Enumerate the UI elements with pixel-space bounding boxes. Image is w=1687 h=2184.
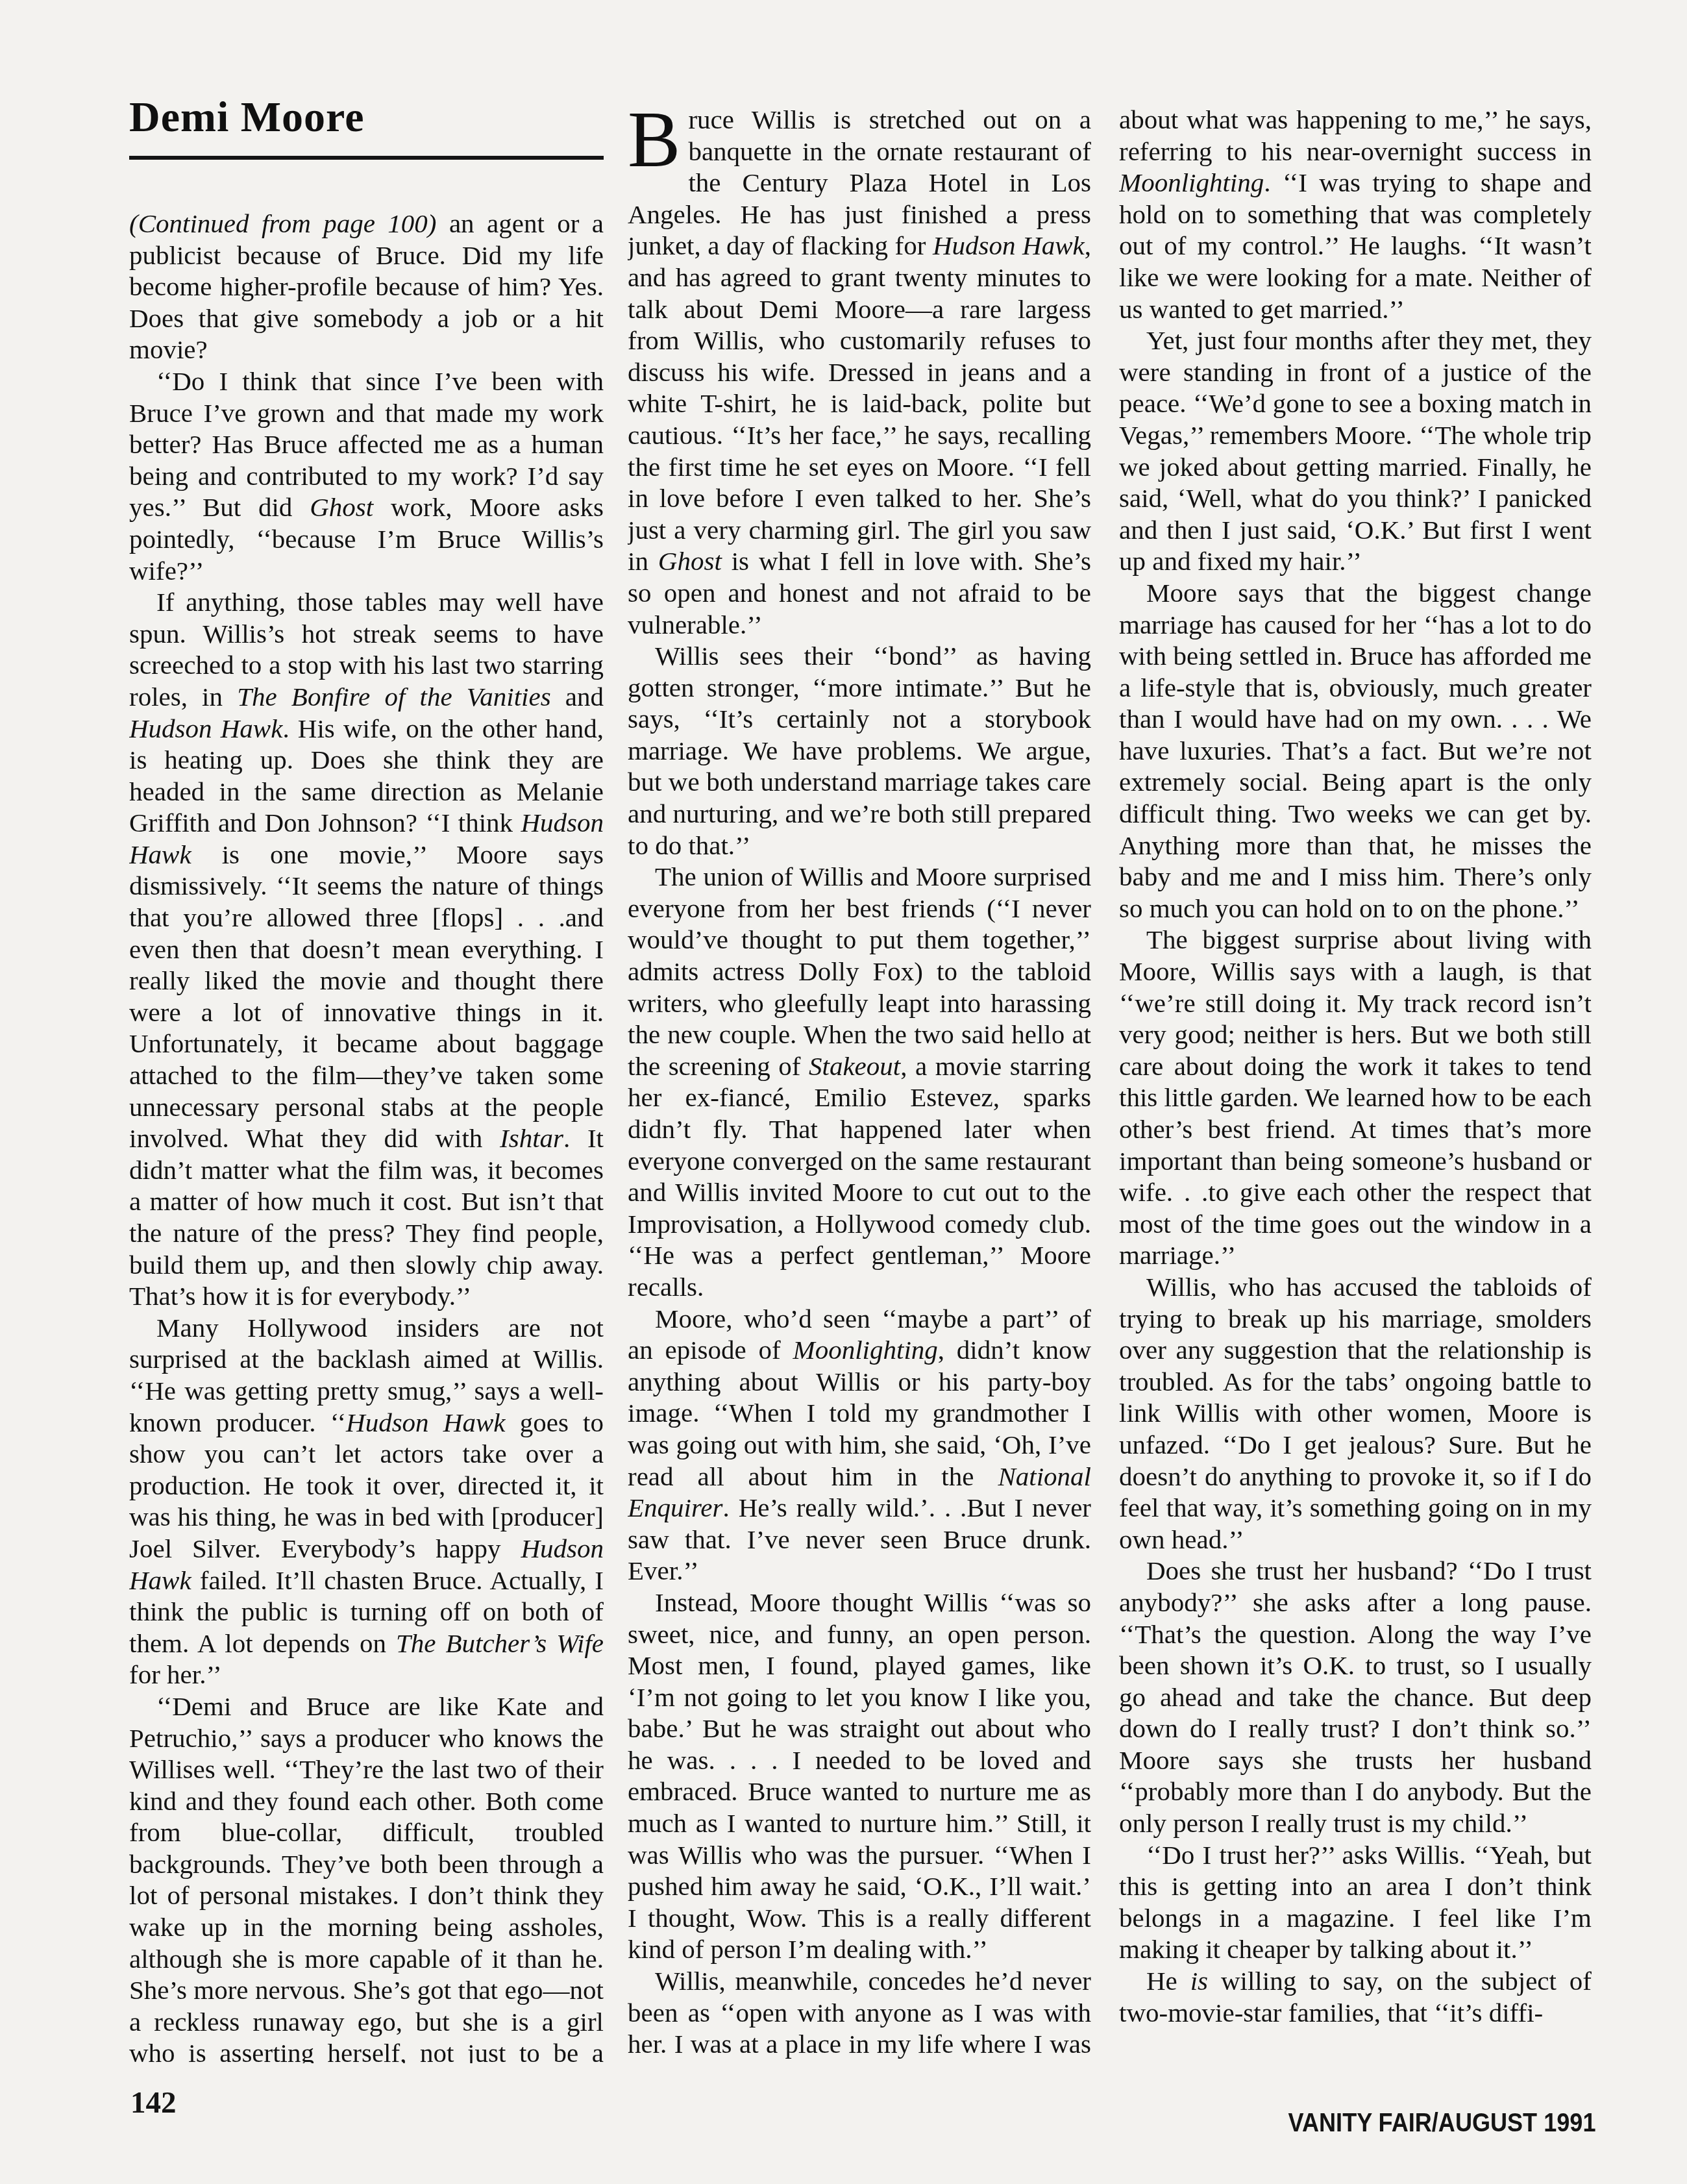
italic-run: Ishtar [500,1123,563,1153]
paragraph: Many Hollywood insiders are not surprise… [129,1312,604,1691]
paragraph: (Continued from page 100) an agent or a … [129,208,604,366]
paragraph: ‘‘Do I trust her?’’ asks Willis. ‘‘Yeah,… [1119,1839,1592,1965]
page-title: Demi Moore [129,96,604,139]
title-rule [129,156,604,160]
magazine-footer: VANITY FAIR/AUGUST 1991 [1288,2107,1595,2138]
text-column-1: (Continued from page 100) an agent or a … [129,208,604,2063]
paragraph: If anything, those tables may well have … [129,586,604,1312]
italic-run: Stakeout [809,1051,900,1081]
paragraph: Moore says that the biggest change marri… [1119,577,1592,924]
drop-cap: B [628,104,688,171]
paragraph: Moore, who’d seen ‘‘maybe a part’’ of an… [628,1303,1091,1587]
paragraph: ‘‘Demi and Bruce are like Kate and Petru… [129,1691,604,2063]
italic-run: Hudson Hawk [129,1533,604,1595]
page-number: 142 [130,2085,177,2120]
paragraph: Willis, who has accused the tabloids of … [1119,1271,1592,1555]
paragraph: about what was happening to me,’’ he say… [1119,104,1592,325]
paragraph: Willis sees their ‘‘bond’’ as having got… [628,640,1091,861]
italic-run: Moonlighting [793,1335,938,1365]
italic-run: Hudson Hawk [933,230,1085,260]
italic-run: National Enquirer [628,1461,1091,1523]
paragraph: The union of Willis and Moore surprised … [628,861,1091,1302]
italic-run: Ghost [658,546,722,576]
italic-run: Moonlighting [1119,168,1264,197]
italic-run: Hudson Hawk [129,714,282,743]
paragraph: Yet, just four months after they met, th… [1119,325,1592,577]
article-header: Demi Moore [129,96,604,160]
italic-run: Hudson Hawk [346,1408,505,1437]
paragraph: ‘‘Do I think that since I’ve been with B… [129,366,604,586]
text-column-3: about what was happening to me,’’ he say… [1119,104,1592,2065]
paragraph: Willis, meanwhile, concedes he’d never b… [628,1965,1091,2065]
italic-run: Hudson Hawk [129,808,604,869]
paragraph: Instead, Moore thought Willis ‘‘was so s… [628,1587,1091,1965]
italic-run: (Continued from page 100) [129,208,449,238]
italic-run: Ghost [310,492,373,522]
italic-run: The Butcher’s Wife [396,1628,604,1658]
paragraph: Does she trust her husband? ‘‘Do I trust… [1119,1555,1592,1839]
paragraph: The biggest surprise about living with M… [1119,924,1592,1271]
magazine-page: Demi Moore (Continued from page 100) an … [0,0,1687,2184]
paragraph: He is willing to say, on the subject of … [1119,1965,1592,2028]
paragraph: Bruce Willis is stretched out on a banqu… [628,104,1091,640]
text-column-2: Bruce Willis is stretched out on a banqu… [628,104,1091,2065]
italic-run: The Bonfire of the Vanities [237,682,550,712]
italic-run: is [1190,1966,1208,1996]
